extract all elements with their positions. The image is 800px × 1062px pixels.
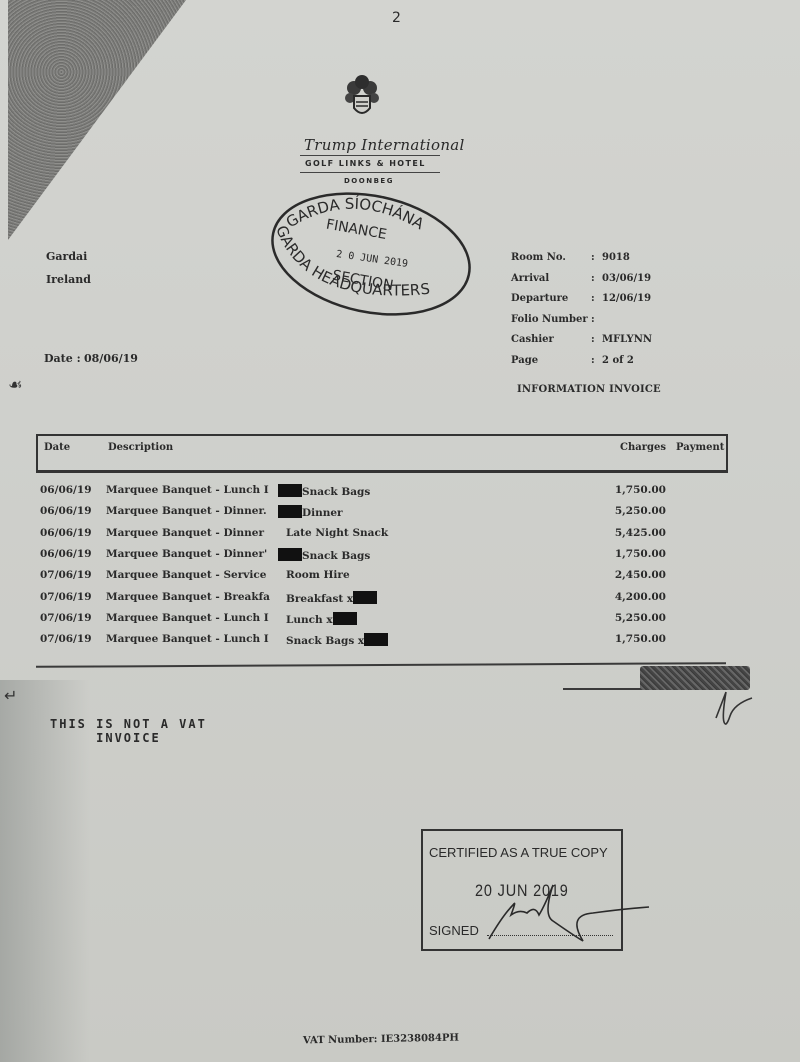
not-vat-line1: THIS IS NOT A VAT xyxy=(50,717,207,731)
row-date: 07/06/19 xyxy=(40,633,92,645)
letterhead-rule xyxy=(300,155,440,156)
detail-separator: : xyxy=(591,273,595,284)
row-description: Marquee Banquet - Lunch I xyxy=(106,612,269,624)
redaction-block xyxy=(333,612,357,625)
detail-separator: : xyxy=(591,355,595,366)
table-header: Date Description Charges Payment xyxy=(36,434,728,473)
detail-value: 12/06/19 xyxy=(602,293,651,304)
row-charges: 1,750.00 xyxy=(586,633,666,645)
detail-label: Room No. xyxy=(511,252,566,263)
row-detail-text: Lunch x xyxy=(286,614,333,626)
row-detail-text: Snack Bags x xyxy=(286,635,364,647)
detail-separator: : xyxy=(591,252,595,263)
handwritten-mark-icon: ↵ xyxy=(4,686,17,705)
table-row: 07/06/19Marquee Banquet - ServiceRoom Hi… xyxy=(40,569,730,589)
scan-shadow-corner xyxy=(8,0,186,240)
row-detail-text: Late Night Snack xyxy=(286,527,388,539)
detail-label: Arrival xyxy=(511,273,549,284)
row-description: Marquee Banquet - Service xyxy=(106,569,266,581)
row-detail: Snack Bags xyxy=(278,548,370,562)
redaction-block xyxy=(278,505,302,518)
redaction-block xyxy=(278,484,302,497)
row-date: 06/06/19 xyxy=(40,527,92,539)
row-date: 06/06/19 xyxy=(40,484,92,496)
table-row: 06/06/19Marquee Banquet - Dinner'Snack B… xyxy=(40,548,730,568)
row-date: 07/06/19 xyxy=(40,612,92,624)
row-detail-text: Snack Bags xyxy=(302,550,370,562)
invoice-date: 08/06/19 xyxy=(84,352,138,365)
table-row: 06/06/19Marquee Banquet - Lunch ISnack B… xyxy=(40,484,730,504)
table-row: 07/06/19Marquee Banquet - Lunch ILunch x… xyxy=(40,612,730,632)
stamp-line1: FINANCE xyxy=(325,217,388,243)
row-description: Marquee Banquet - Lunch I xyxy=(106,484,269,496)
detail-label: Departure xyxy=(511,293,568,304)
row-detail: Snack Bags xyxy=(278,484,370,498)
table-row: 07/06/19Marquee Banquet - Lunch ISnack B… xyxy=(40,633,730,653)
vat-number: VAT Number: IE3238084PH xyxy=(303,1033,459,1047)
row-charges: 1,750.00 xyxy=(586,484,666,496)
row-charges: 1,750.00 xyxy=(586,548,666,560)
table-row: 06/06/19Marquee Banquet - DinnerLate Nig… xyxy=(40,527,730,547)
stamp-date: 2 0 JUN 2019 xyxy=(336,249,409,270)
letterhead-rule xyxy=(300,172,440,173)
row-detail: Late Night Snack xyxy=(286,527,388,539)
table-row: 06/06/19Marquee Banquet - Dinner.Dinner5… xyxy=(40,505,730,525)
row-description: Marquee Banquet - Lunch I xyxy=(106,633,269,645)
not-vat-line2: INVOICE xyxy=(50,731,207,745)
table-row: 07/06/19Marquee Banquet - BreakfaBreakfa… xyxy=(40,591,730,611)
row-charges: 5,250.00 xyxy=(586,505,666,517)
redaction-block xyxy=(353,591,377,604)
handwritten-mark-icon: ☙ xyxy=(8,375,22,394)
row-detail-text: Snack Bags xyxy=(302,486,370,498)
detail-label: Page xyxy=(511,355,538,366)
row-description: Marquee Banquet - Dinner' xyxy=(106,548,267,560)
signature-icon xyxy=(483,875,653,947)
row-detail-text: Room Hire xyxy=(286,569,350,581)
detail-separator: : xyxy=(591,334,595,345)
row-detail: Snack Bags x xyxy=(286,633,388,647)
row-charges: 2,450.00 xyxy=(586,569,666,581)
redaction-block xyxy=(278,548,302,561)
row-detail-text: Dinner xyxy=(302,507,343,519)
brand-subtitle: GOLF LINKS & HOTEL xyxy=(305,159,426,168)
row-description: Marquee Banquet - Dinner. xyxy=(106,505,267,517)
detail-label: Cashier xyxy=(511,334,554,345)
row-description: Marquee Banquet - Dinner xyxy=(106,527,264,539)
row-detail: Breakfast x xyxy=(286,591,377,605)
row-date: 07/06/19 xyxy=(40,591,92,603)
detail-value: 03/06/19 xyxy=(602,273,651,284)
billing-address-line2: Ireland xyxy=(46,273,91,286)
cert-signed-label: SIGNED xyxy=(429,923,479,938)
row-charges: 5,250.00 xyxy=(586,612,666,624)
row-date: 06/06/19 xyxy=(40,505,92,517)
redaction-block xyxy=(364,633,388,646)
header-payment: Payment xyxy=(676,442,724,453)
detail-separator: : xyxy=(591,293,595,304)
row-charges: 4,200.00 xyxy=(586,591,666,603)
brand-script: Trump International xyxy=(304,136,465,154)
detail-separator: : xyxy=(591,314,595,325)
page-number: 2 xyxy=(392,10,401,26)
brand-location: DOONBEG xyxy=(344,177,394,185)
certification-stamp: CERTIFIED AS A TRUE COPY 20 JUN 2019 SIG… xyxy=(421,829,623,951)
not-vat-notice: THIS IS NOT A VAT INVOICE xyxy=(50,717,207,745)
invoice-date-label: Date : xyxy=(44,352,81,365)
billing-address-line1: Gardai xyxy=(46,250,87,263)
received-stamp: GARDA SÍOCHÁNA GARDA HEADQUARTERS FINANC… xyxy=(268,188,474,320)
row-date: 07/06/19 xyxy=(40,569,92,581)
invoice-title: INFORMATION INVOICE xyxy=(517,384,661,395)
initials-signature-icon xyxy=(712,686,762,726)
row-detail: Room Hire xyxy=(286,569,350,581)
detail-value: MFLYNN xyxy=(602,334,652,345)
header-description: Description xyxy=(108,442,173,453)
coat-of-arms-icon xyxy=(344,74,380,124)
detail-value: 9018 xyxy=(602,252,630,263)
detail-label: Folio Number xyxy=(511,314,588,325)
header-date: Date xyxy=(44,442,70,453)
row-detail-text: Breakfast x xyxy=(286,593,353,605)
row-charges: 5,425.00 xyxy=(586,527,666,539)
header-charges: Charges xyxy=(620,442,666,453)
row-detail: Lunch x xyxy=(286,612,357,626)
table-bottom-rule xyxy=(36,662,726,668)
row-detail: Dinner xyxy=(278,505,343,519)
cert-title: CERTIFIED AS A TRUE COPY xyxy=(429,845,608,860)
detail-value: 2 of 2 xyxy=(602,355,634,366)
row-date: 06/06/19 xyxy=(40,548,92,560)
row-description: Marquee Banquet - Breakfa xyxy=(106,591,270,603)
